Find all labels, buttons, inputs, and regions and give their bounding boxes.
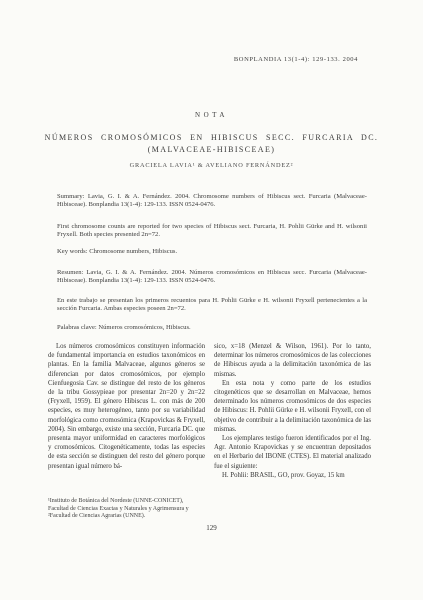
resumen-body: En este trabajo se presentan los primero… xyxy=(57,297,367,313)
right-column-paragraph: En esta nota y como parte de los estudio… xyxy=(214,379,371,434)
page-number: 129 xyxy=(0,524,423,532)
palabras-clave-line: Palabras clave: Números cromosómicos, Hi… xyxy=(57,324,367,332)
left-column-paragraph: Los números cromosómicos constituyen inf… xyxy=(48,342,205,471)
abstract-block: Summary: Lavia, G. I. & A. Fernández. 20… xyxy=(57,193,367,332)
right-column-paragraph: Los ejemplares testigo fueron identifica… xyxy=(214,434,371,471)
summary-body: First chromosome counts are reported for… xyxy=(57,223,367,239)
article-title-line2: (MALVACEAE-HIBISCEAE) xyxy=(40,144,383,156)
authors-line: GRACIELA LAVIA¹ & AVELIANO FERNÁNDEZ² xyxy=(0,162,423,169)
body-right-column: sico, x=18 (Menzel & Wilson, 1961). Por … xyxy=(214,342,371,498)
article-title: NÚMEROS CROMOSÓMICOS EN HIBISCUS SECC. F… xyxy=(40,132,383,156)
body-left-column: Los números cromosómicos constituyen inf… xyxy=(48,342,205,498)
affiliation-footnotes: ¹Instituto de Botánica del Nordeste (UNN… xyxy=(48,498,243,521)
footnote-line: ²Facultad de Ciencias Agrarias (UNNE). xyxy=(48,513,243,521)
resumen-citation: Resumen: Lavia, G. I. & A. Fernández. 20… xyxy=(57,269,367,285)
body-two-columns: Los números cromosómicos constituyen inf… xyxy=(48,342,372,498)
right-column-paragraph-continuation: sico, x=18 (Menzel & Wilson, 1961). Por … xyxy=(214,342,371,379)
summary-citation: Summary: Lavia, G. I. & A. Fernández. 20… xyxy=(57,193,367,209)
scanned-paper-page: BONPLANDIA 13(1-4): 129-133. 2004 NOTA N… xyxy=(0,0,423,600)
journal-header: BONPLANDIA 13(1-4): 129-133. 2004 xyxy=(0,56,358,63)
key-words-line: Key words: Chromosome numbers, Hibiscus. xyxy=(57,248,367,256)
article-title-line1: NÚMEROS CROMOSÓMICOS EN HIBISCUS SECC. F… xyxy=(40,132,383,144)
right-column-paragraph-specimen: H. Pohlii: BRASIL, GO, prov. Goyaz, 15 k… xyxy=(214,471,371,480)
section-label-nota: NOTA xyxy=(0,111,423,119)
footnote-line: ¹Instituto de Botánica del Nordeste (UNN… xyxy=(48,498,243,506)
